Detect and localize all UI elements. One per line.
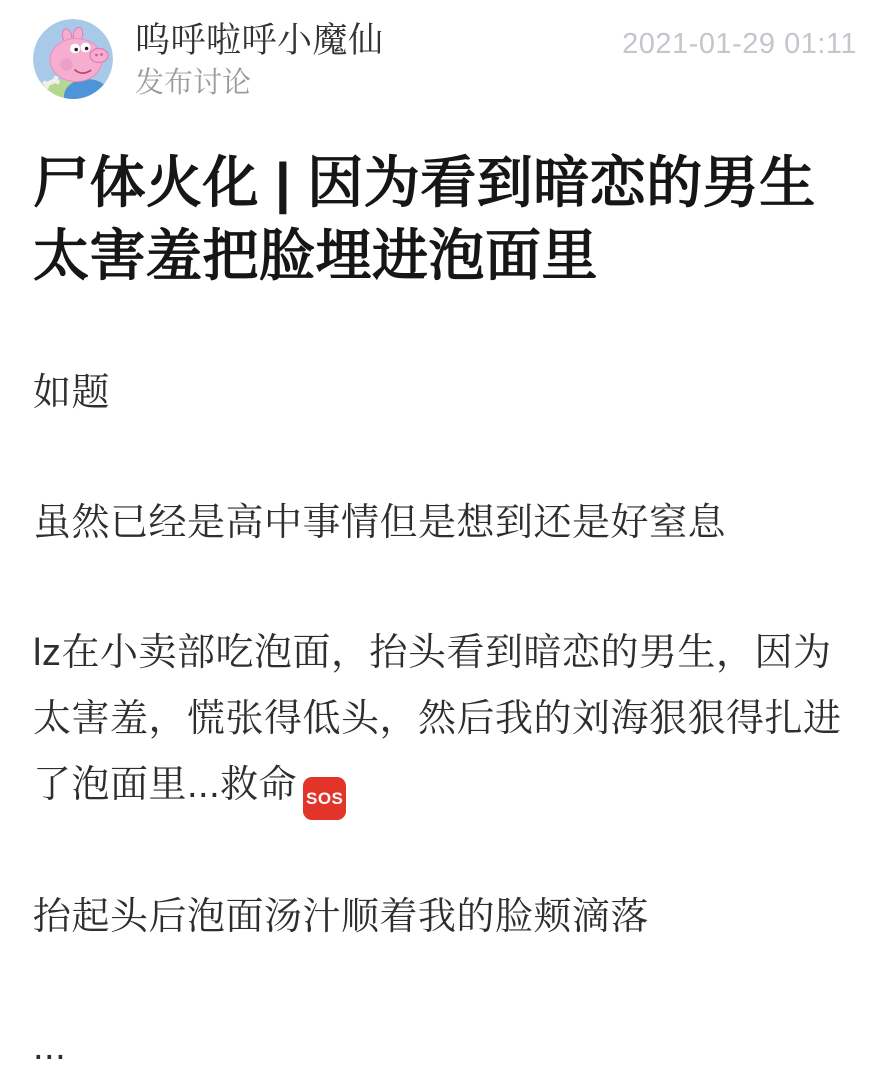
user-avatar[interactable]: [33, 19, 113, 99]
post-paragraph: lz在小卖部吃泡面，抬头看到暗恋的男生，因为太害羞，慌张得低头，然后我的刘海狠狠…: [33, 620, 860, 820]
post-action-label: 发布讨论: [135, 68, 384, 100]
post-timestamp: 2021-01-29 01:11: [622, 28, 857, 61]
post-paragraph: 虽然已经是高中事情但是想到还是好窒息: [33, 490, 860, 556]
post-paragraph: 抬起头后泡面汤汁顺着我的脸颊滴落: [33, 884, 860, 950]
post-content: 如题 虽然已经是高中事情但是想到还是好窒息 lz在小卖部吃泡面，抬头看到暗恋的男…: [33, 360, 860, 1080]
post-paragraph: 如题: [33, 360, 860, 426]
sos-emoji: SOS: [303, 777, 346, 820]
post-header: 呜呼啦呼小魔仙 发布讨论 2021-01-29 01:11: [0, 0, 893, 100]
post-title-line-2: 太害羞把脸埋进泡面里: [33, 219, 860, 292]
post-paragraph: ...: [33, 1014, 860, 1080]
post-title-line-1: 尸体火化 | 因为看到暗恋的男生: [33, 146, 860, 219]
post-paragraph-text: lz在小卖部吃泡面，抬头看到暗恋的男生，因为太害羞，慌张得低头，然后我的刘海狠狠…: [33, 632, 842, 806]
user-info: 呜呼啦呼小魔仙 发布讨论: [135, 19, 384, 100]
user-name[interactable]: 呜呼啦呼小魔仙: [135, 20, 384, 62]
george-pig-avatar-icon: [33, 19, 113, 99]
sos-emoji-label: SOS: [306, 790, 343, 807]
post-title: 尸体火化 | 因为看到暗恋的男生 太害羞把脸埋进泡面里: [33, 146, 860, 292]
